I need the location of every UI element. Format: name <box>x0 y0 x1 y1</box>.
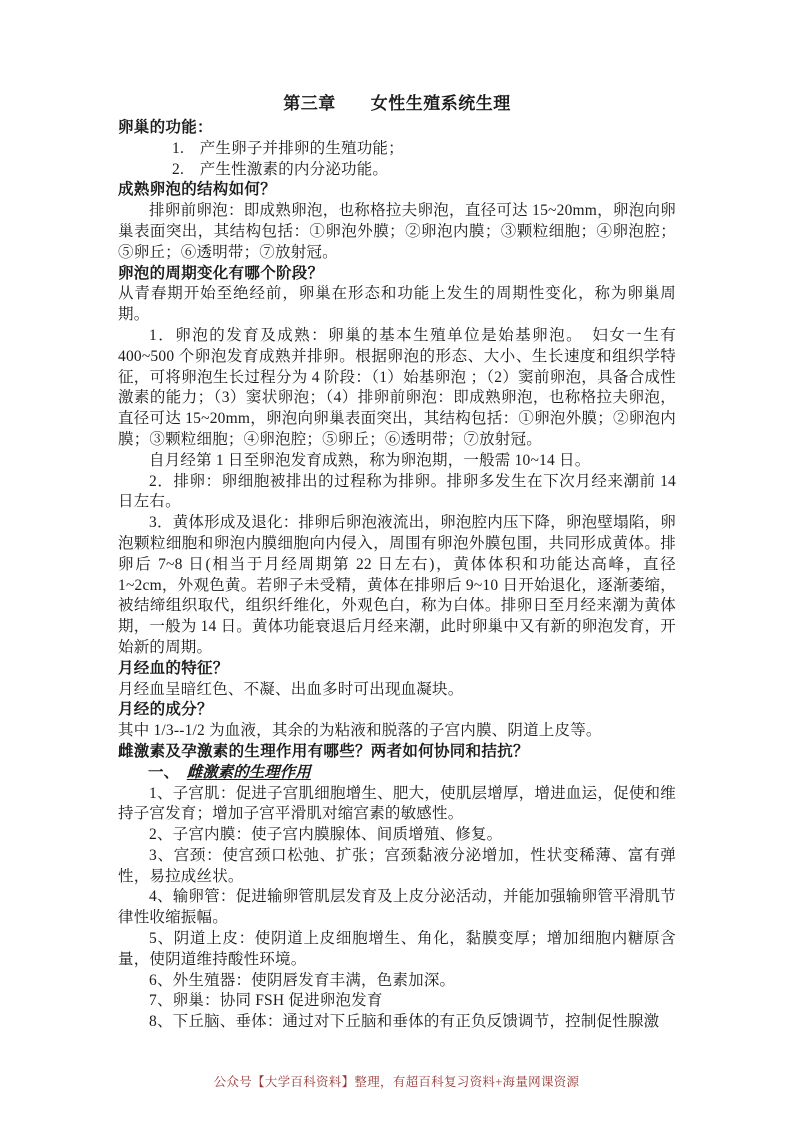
document-page: 第三章 女性生殖系统生理 卵巢的功能： 1. 产生卵子并排卵的生殖功能； 2. … <box>0 0 793 1122</box>
paragraph-fallopian-tube: 4、输卵管：促进输卵管肌层发育及上皮分泌活动，并能加强输卵管平滑肌节律性收缩振幅… <box>118 887 676 929</box>
paragraph-uterine-muscle: 1、子宫肌：促进子宫肌细胞增生、肥大，使肌层增厚，增进血运，促使和维持子宫发育；… <box>118 784 676 826</box>
list-item-1: 1. 产生卵子并排卵的生殖功能； <box>118 139 676 160</box>
paragraph-ovarian-cycle-intro: 从青春期开始至绝经前，卵巢在形态和功能上发生的周期性变化，称为卵巢周期。 <box>118 284 676 326</box>
document-content: 第三章 女性生殖系统生理 卵巢的功能： 1. 产生卵子并排卵的生殖功能； 2. … <box>118 92 676 1033</box>
paragraph-follicle-development: 1．卵泡的发育及成熟：卵巢的基本生殖单位是始基卵泡。 妇女一生有 400~500… <box>118 326 676 451</box>
section-heading-ovary-functions: 卵巢的功能： <box>118 118 676 139</box>
subsection-heading-estrogen: 一、 雌激素的生理作用 <box>118 763 676 784</box>
section-heading-follicle-cycle: 卵泡的周期变化有哪个阶段？ <box>118 264 676 285</box>
paragraph-cervix: 3、宫颈：使宫颈口松弛、扩张；宫颈黏液分泌增加，性状变稀薄、富有弹性，易拉成丝状… <box>118 846 676 888</box>
subsection-number: 一、 <box>148 764 187 781</box>
footer-note: 公众号【大学百科资料】整理，有超百科复习资料+海量网课资源 <box>0 1074 793 1090</box>
paragraph-vaginal-epithelium: 5、阴道上皮：使阴道上皮细胞增生、角化，黏膜变厚；增加细胞内糖原含量，使阴道维持… <box>118 929 676 971</box>
section-heading-mature-follicle: 成熟卵泡的结构如何？ <box>118 180 676 201</box>
section-heading-estrogen-progestin: 雌激素及孕激素的生理作用有哪些？两者如何协同和拮抗？ <box>118 742 676 763</box>
subsection-label: 雌激素的生理作用 <box>187 764 311 781</box>
paragraph-corpus-luteum: 3．黄体形成及退化：排卵后卵泡液流出，卵泡腔内压下降，卵泡壁塌陷，卵泡颗粒细胞和… <box>118 513 676 659</box>
paragraph-menstrual-blood: 月经血呈暗红色、不凝、出血多时可出现血凝块。 <box>118 680 676 701</box>
paragraph-external-genitalia: 6、外生殖器：使阴唇发育丰满，色素加深。 <box>118 971 676 992</box>
paragraph-follicular-phase: 自月经第 1 日至卵泡发育成熟，称为卵泡期，一般需 10~14 日。 <box>118 451 676 472</box>
document-title: 第三章 女性生殖系统生理 <box>118 92 676 115</box>
section-heading-menstrual-composition: 月经的成分？ <box>118 700 676 721</box>
list-item-2: 2. 产生性激素的内分泌功能。 <box>118 160 676 181</box>
paragraph-ovary-fsh: 7、卵巢：协同 FSH 促进卵泡发育 <box>118 991 676 1012</box>
paragraph-preovulatory-follicle: 排卵前卵泡：即成熟卵泡，也称格拉夫卵泡，直径可达 15~20mm，卵泡向卵巢表面… <box>118 201 676 263</box>
paragraph-endometrium: 2、子宫内膜：使子宫内膜腺体、间质增殖、修复。 <box>118 825 676 846</box>
paragraph-hypothalamus-pituitary: 8、下丘脑、垂体：通过对下丘脑和垂体的有正负反馈调节，控制促性腺激 <box>118 1012 676 1033</box>
paragraph-menstrual-composition: 其中 1/3--1/2 为血液，其余的为粘液和脱落的子宫内膜、阴道上皮等。 <box>118 721 676 742</box>
paragraph-ovulation: 2．排卵：卵细胞被排出的过程称为排卵。排卵多发生在下次月经来潮前 14 日左右。 <box>118 472 676 514</box>
section-heading-menstrual-blood: 月经血的特征？ <box>118 659 676 680</box>
